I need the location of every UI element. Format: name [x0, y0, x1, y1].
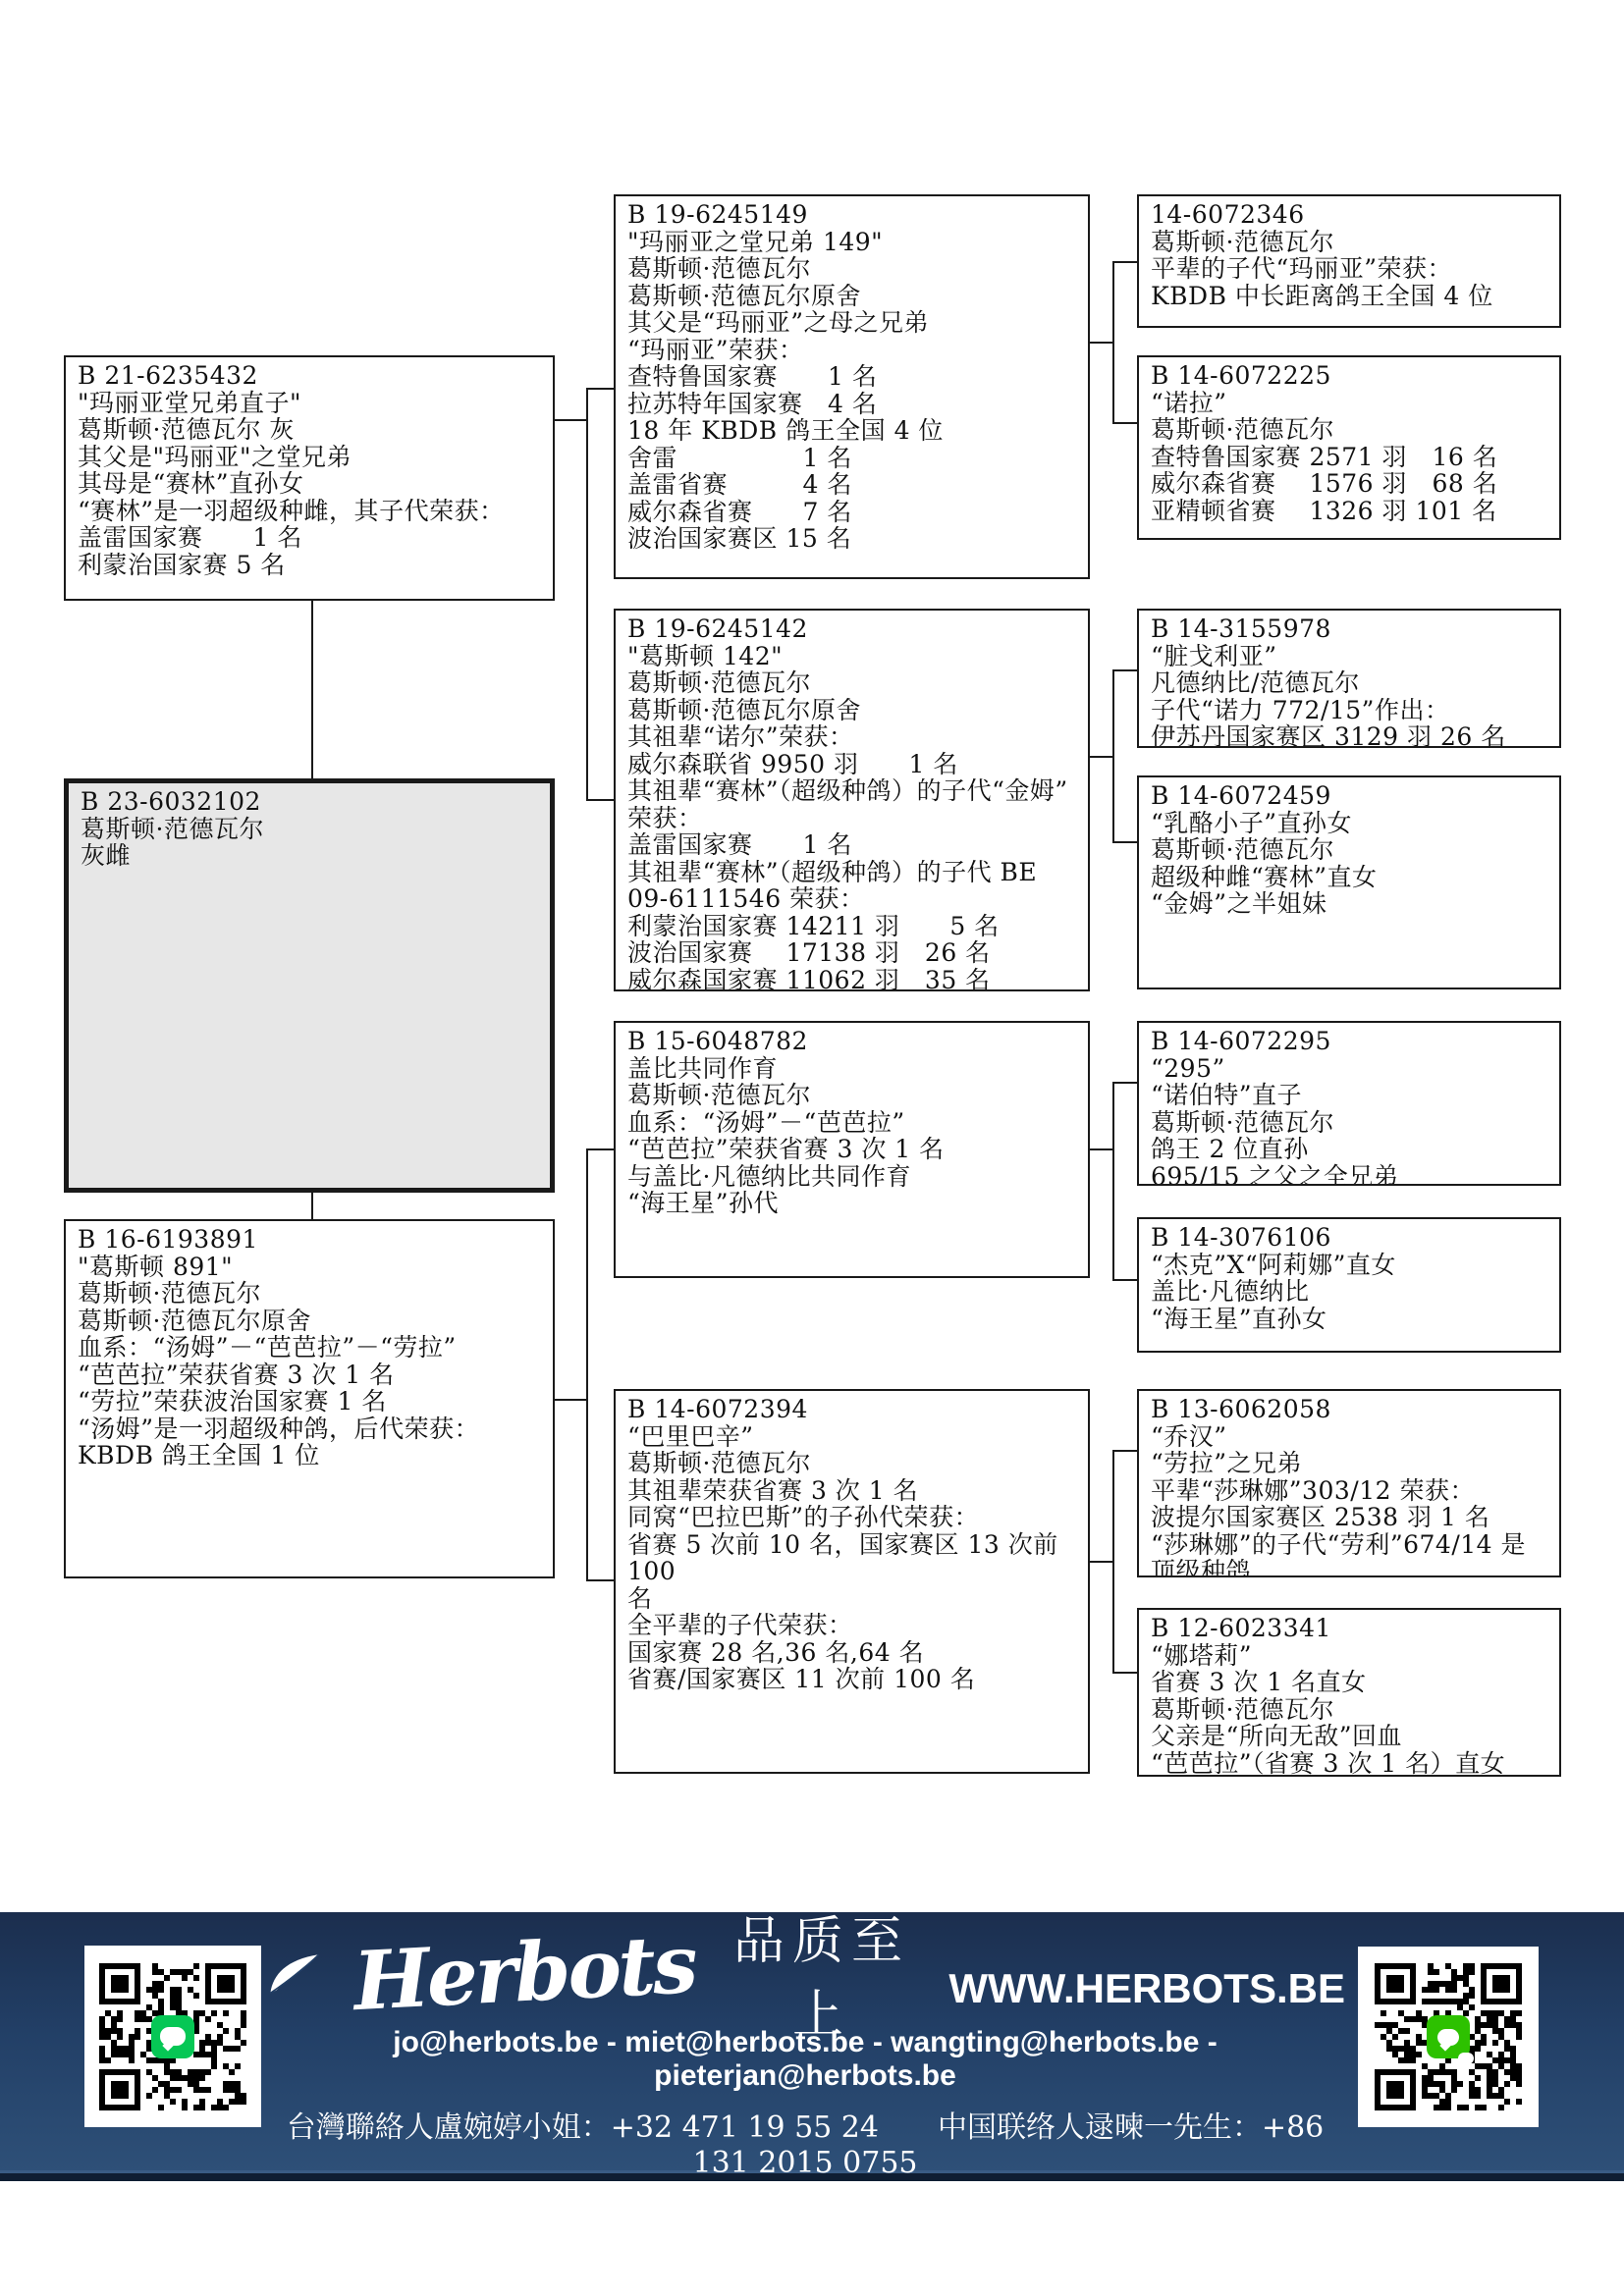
connector-line [586, 1148, 588, 1581]
footer-tagline: 品质至上 [725, 1899, 920, 2047]
connector-line [1112, 422, 1137, 424]
footer-website: WWW.HERBOTS.BE [948, 1965, 1345, 2024]
footer-emails: jo@herbots.be - miet@herbots.be - wangti… [265, 2026, 1345, 2093]
connector-line [1090, 1148, 1114, 1150]
line-icon [151, 2015, 194, 2058]
footer-slogan: 贺伯特家族...秉持品质第一与诚实可靠，力求提供完美的服务！ [265, 2188, 1345, 2296]
pedigree-box-subject: B 23-6032102 葛斯顿·范德瓦尔 灰雌 [64, 778, 555, 1193]
connector-line [555, 1399, 586, 1401]
pedigree-box-ggp-2: B 14-6072225 “诺拉” 葛斯顿·范德瓦尔 查特鲁国家赛 2571 羽… [1137, 355, 1561, 540]
box-text: B 14-6072295 “295” “诺伯特”直子 葛斯顿·范德瓦尔 鸽王 2… [1139, 1023, 1559, 1186]
connector-line [1090, 342, 1114, 344]
connector-line [1112, 841, 1137, 843]
box-text: B 19-6245142 "葛斯顿 142" 葛斯顿·范德瓦尔 葛斯顿·范德瓦尔… [616, 611, 1088, 991]
pedigree-box-ggp-6: B 14-3076106 “杰克”X“阿莉娜”直女 盖比·凡德纳比 “海王星”直… [1137, 1217, 1561, 1353]
connector-line [1090, 756, 1114, 758]
connector-line [586, 388, 614, 390]
feather-icon [261, 1946, 327, 2000]
box-text: B 12-6023341 “娜塔莉” 省赛 3 次 1 名直女 葛斯顿·范德瓦尔… [1139, 1610, 1559, 1777]
pedigree-certificate-page: B 21-6235432 "玛丽亚堂兄弟直子" 葛斯顿·范德瓦尔 灰 其父是"玛… [0, 0, 1624, 2296]
connector-line [311, 601, 313, 778]
herbots-logo: Herbots [352, 1924, 697, 2022]
pedigree-box-grandsire-paternal: B 19-6245149 "玛丽亚之堂兄弟 149" 葛斯顿·范德瓦尔 葛斯顿·… [614, 194, 1090, 579]
connector-line [586, 1148, 614, 1150]
connector-line [1112, 261, 1114, 424]
wechat-icon [1427, 2015, 1470, 2058]
box-text: 14-6072346 葛斯顿·范德瓦尔 平辈的子代“玛丽亚”荣获： KBDB 中… [1139, 196, 1559, 313]
subject-text: B 23-6032102 葛斯顿·范德瓦尔 灰雌 [69, 783, 550, 874]
connector-line [586, 799, 614, 801]
pedigree-box-ggp-4: B 14-6072459 “乳酪小子”直孙女 葛斯顿·范德瓦尔 超级种雌“赛林”… [1137, 775, 1561, 989]
footer-contacts: 台灣聯絡人盧婉婷小姐：+32 471 19 55 24 中国联络人逯暕一先生：+… [265, 2103, 1345, 2180]
footer-band: Herbots 品质至上 WWW.HERBOTS.BE jo@herbots.b… [0, 1912, 1624, 2181]
connector-line [1112, 1672, 1137, 1674]
box-text: B 14-6072394 “巴里巴辛” 葛斯顿·范德瓦尔 其祖辈荣获省赛 3 次… [616, 1391, 1088, 1697]
box-text: B 14-6072225 “诺拉” 葛斯顿·范德瓦尔 查特鲁国家赛 2571 羽… [1139, 357, 1559, 528]
brand-row: Herbots 品质至上 WWW.HERBOTS.BE [265, 1922, 1345, 2024]
box-text: B 13-6062058 “乔汉” “劳拉”之兄弟 平辈“莎琳娜”303/12 … [1139, 1391, 1559, 1577]
connector-line [1090, 1561, 1114, 1563]
connector-line [1112, 1279, 1137, 1281]
connector-line [1112, 669, 1137, 671]
connector-line [1112, 1082, 1114, 1281]
box-text: B 14-6072459 “乳酪小子”直孙女 葛斯顿·范德瓦尔 超级种雌“赛林”… [1139, 777, 1559, 922]
connector-line [1112, 1082, 1137, 1084]
box-text: B 15-6048782 盖比共同作育 葛斯顿·范德瓦尔 血系：“汤姆”－“芭芭… [616, 1023, 1088, 1221]
box-text: B 14-3155978 “脏戈利亚” 凡德纳比/范德瓦尔 子代“诺力 772/… [1139, 611, 1559, 748]
box-text: B 19-6245149 "玛丽亚之堂兄弟 149" 葛斯顿·范德瓦尔 葛斯顿·… [616, 196, 1088, 557]
box-text: B 14-3076106 “杰克”X“阿莉娜”直女 盖比·凡德纳比 “海王星”直… [1139, 1219, 1559, 1336]
connector-line [1112, 669, 1114, 843]
connector-line [1112, 1450, 1137, 1452]
pedigree-box-grandsire-maternal: B 15-6048782 盖比共同作育 葛斯顿·范德瓦尔 血系：“汤姆”－“芭芭… [614, 1021, 1090, 1278]
pedigree-box-ggp-3: B 14-3155978 “脏戈利亚” 凡德纳比/范德瓦尔 子代“诺力 772/… [1137, 609, 1561, 748]
connector-line [311, 1193, 313, 1219]
wechat-qr-code [1358, 1947, 1539, 2127]
pedigree-box-ggp-5: B 14-6072295 “295” “诺伯特”直子 葛斯顿·范德瓦尔 鸽王 2… [1137, 1021, 1561, 1186]
footer-center: Herbots 品质至上 WWW.HERBOTS.BE jo@herbots.b… [265, 1922, 1345, 2296]
connector-line [586, 1579, 614, 1581]
pedigree-box-granddam-paternal: B 19-6245142 "葛斯顿 142" 葛斯顿·范德瓦尔 葛斯顿·范德瓦尔… [614, 609, 1090, 991]
line-qr-code [84, 1946, 261, 2127]
pedigree-box-dam: B 16-6193891 "葛斯顿 891" 葛斯顿·范德瓦尔 葛斯顿·范德瓦尔… [64, 1219, 555, 1578]
connector-line [555, 419, 586, 421]
sire-text: B 21-6235432 "玛丽亚堂兄弟直子" 葛斯顿·范德瓦尔 灰 其父是"玛… [66, 357, 553, 582]
connector-line [1112, 1450, 1114, 1674]
pedigree-box-ggp-1: 14-6072346 葛斯顿·范德瓦尔 平辈的子代“玛丽亚”荣获： KBDB 中… [1137, 194, 1561, 328]
dam-text: B 16-6193891 "葛斯顿 891" 葛斯顿·范德瓦尔 葛斯顿·范德瓦尔… [66, 1221, 553, 1473]
pedigree-box-sire: B 21-6235432 "玛丽亚堂兄弟直子" 葛斯顿·范德瓦尔 灰 其父是"玛… [64, 355, 555, 601]
pedigree-box-ggp-7: B 13-6062058 “乔汉” “劳拉”之兄弟 平辈“莎琳娜”303/12 … [1137, 1389, 1561, 1577]
pedigree-box-granddam-maternal: B 14-6072394 “巴里巴辛” 葛斯顿·范德瓦尔 其祖辈荣获省赛 3 次… [614, 1389, 1090, 1774]
pedigree-box-ggp-8: B 12-6023341 “娜塔莉” 省赛 3 次 1 名直女 葛斯顿·范德瓦尔… [1137, 1608, 1561, 1777]
connector-line [586, 388, 588, 801]
connector-line [1112, 261, 1137, 263]
